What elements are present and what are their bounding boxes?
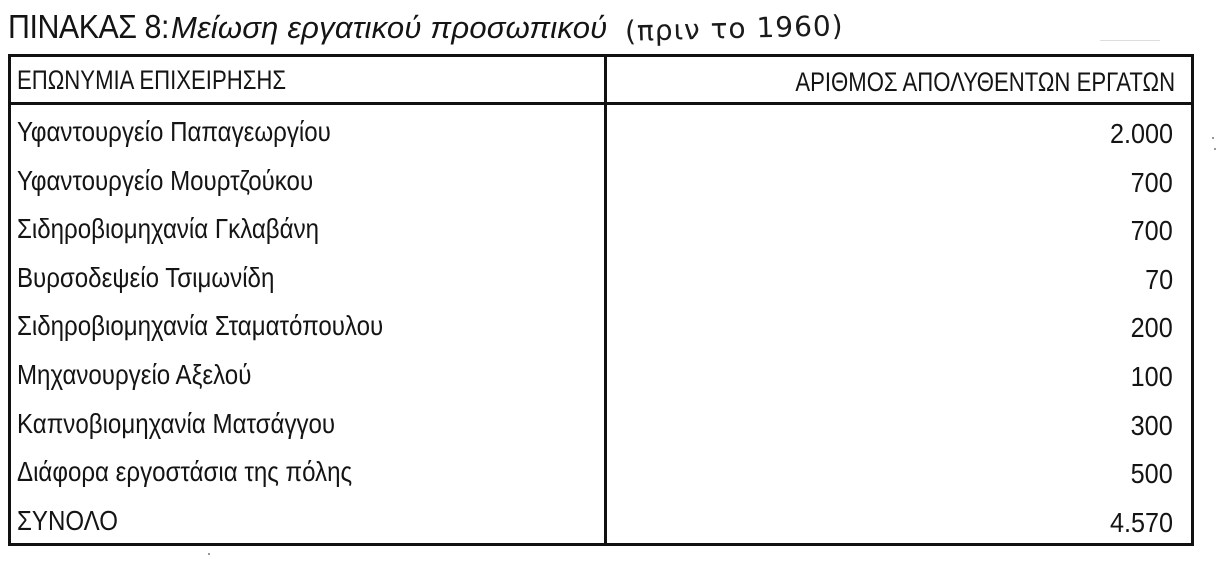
- company-name-cell: Υφαντουργείο Παπαγεωργίου: [17, 116, 331, 148]
- workers-count-cell: 2.000: [1110, 118, 1173, 150]
- company-name-cell: Σιδηροβιομηχανία Γκλαβάνη: [17, 213, 319, 245]
- table-row-total: ΣΥΝΟΛΟ 4.570: [11, 495, 1191, 544]
- workers-count-cell: 4.570: [1110, 507, 1173, 539]
- company-name-cell: Υφαντουργείο Μουρτζούκου: [17, 165, 313, 197]
- scan-speck: [1214, 148, 1216, 150]
- workers-count-cell: 100: [1131, 361, 1173, 393]
- table-row: Σιδηροβιομηχανία Γκλαβάνη 700: [11, 203, 1191, 252]
- company-name-cell: Καπνοβιομηχανία Ματσάγγου: [17, 408, 335, 440]
- workers-count-cell: 500: [1131, 458, 1173, 490]
- table-number: ΠΙΝΑΚΑΣ 8:: [8, 8, 169, 46]
- company-name-cell: ΣΥΝΟΛΟ: [17, 505, 118, 537]
- table-header: ΕΠΩΝΥΜΙΑ ΕΠΙΧΕΙΡΗΣΗΣ ΑΡΙΘΜΟΣ ΑΠΟΛΥΘΕΝΤΩΝ…: [11, 57, 1191, 105]
- table-row: Βυρσοδεψείο Τσιμωνίδη 70: [11, 252, 1191, 301]
- scan-speck: [1212, 137, 1214, 139]
- workers-count-cell: 700: [1131, 215, 1173, 247]
- table-row: Καπνοβιομηχανία Ματσάγγου 300: [11, 398, 1191, 447]
- scan-smudge: [1100, 40, 1160, 41]
- workers-count-cell: 200: [1131, 312, 1173, 344]
- company-name-cell: Μηχανουργείο Αξελού: [17, 359, 251, 391]
- company-name-cell: Βυρσοδεψείο Τσιμωνίδη: [17, 262, 274, 294]
- workers-count-cell: 300: [1131, 410, 1173, 442]
- table-row: Σιδηροβιομηχανία Σταματόπουλου 200: [11, 300, 1191, 349]
- company-name-cell: Διάφορα εργοστάσια της πόλης: [17, 456, 352, 488]
- header-company-name: ΕΠΩΝΥΜΙΑ ΕΠΙΧΕΙΡΗΣΗΣ: [17, 65, 286, 96]
- table-caption: ΠΙΝΑΚΑΣ 8: Μείωση εργατικού προσωπικού (…: [8, 8, 844, 52]
- workers-count-cell: 700: [1131, 167, 1173, 199]
- handwritten-annotation: (πριν το 1960): [625, 9, 844, 48]
- table-row: Υφαντουργείο Μουρτζούκου 700: [11, 155, 1191, 204]
- table-row: Μηχανουργείο Αξελού 100: [11, 349, 1191, 398]
- layoffs-table: ΕΠΩΝΥΜΙΑ ΕΠΙΧΕΙΡΗΣΗΣ ΑΡΙΘΜΟΣ ΑΠΟΛΥΘΕΝΤΩΝ…: [8, 54, 1194, 546]
- table-body: Υφαντουργείο Παπαγεωργίου 2.000 Υφαντουρ…: [11, 106, 1191, 543]
- company-name-cell: Σιδηροβιομηχανία Σταματόπουλου: [17, 310, 383, 342]
- scan-speck: [208, 553, 210, 555]
- header-workers-laid-off: ΑΡΙΘΜΟΣ ΑΠΟΛΥΘΕΝΤΩΝ ΕΡΓΑΤΩΝ: [795, 67, 1175, 98]
- workers-count-cell: 70: [1145, 264, 1173, 296]
- table-row: Υφαντουργείο Παπαγεωργίου 2.000: [11, 106, 1191, 155]
- table-row: Διάφορα εργοστάσια της πόλης 500: [11, 446, 1191, 495]
- table-title: Μείωση εργατικού προσωπικού: [171, 10, 607, 46]
